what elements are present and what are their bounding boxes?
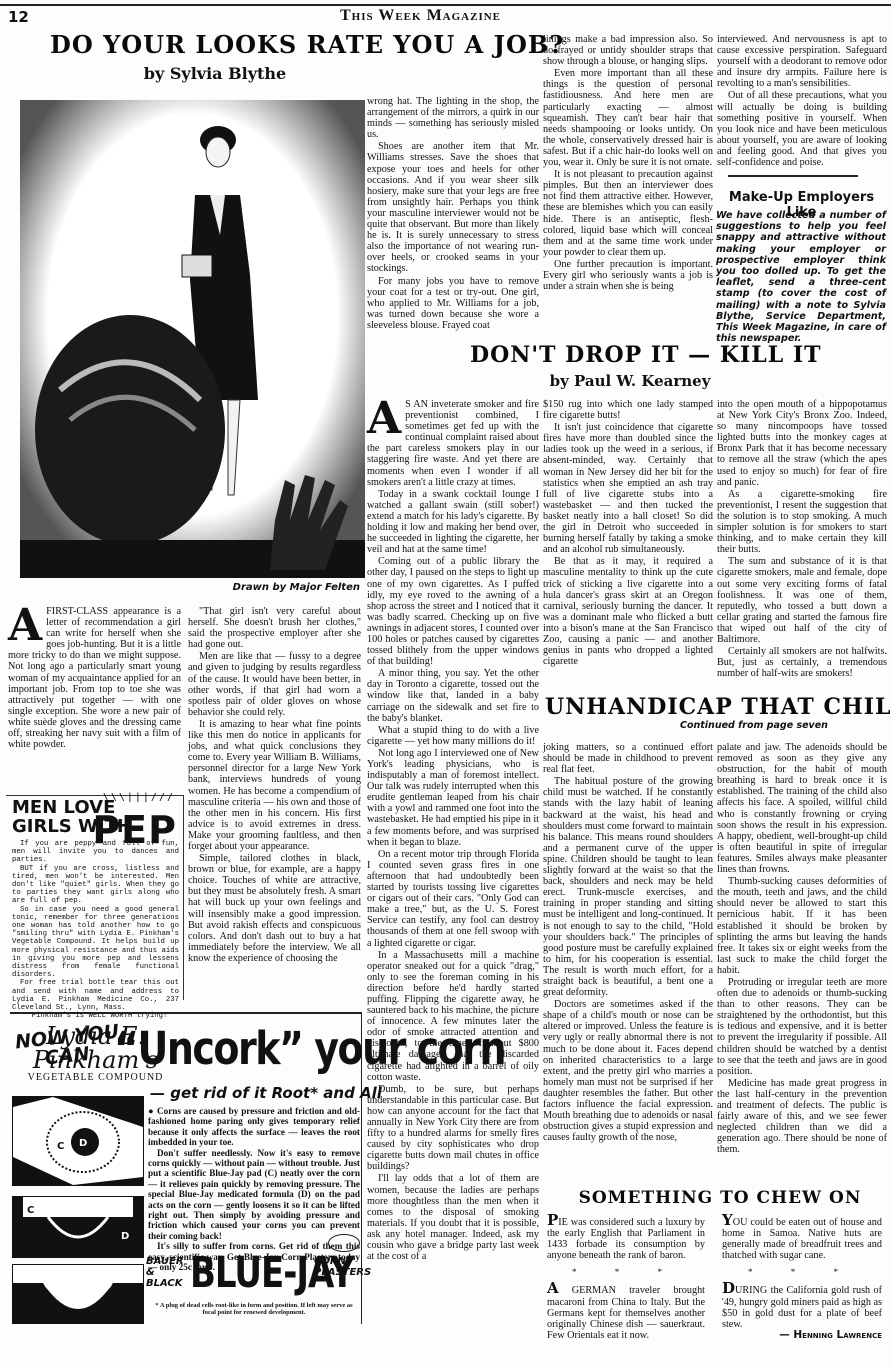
article2-column-1: AS AN inveterate smoker and fire prevent… [367, 399, 539, 1262]
ad-pinkham: \\\|||/// MEN LOVE GIRLS WITH PEP If you… [6, 795, 184, 1000]
article3-title: UNHANDICAP THAT CHILD! [545, 694, 885, 720]
svg-text:C: C [27, 1205, 34, 1216]
article2-column-2: $150 rug into which one lady stamped fir… [543, 399, 713, 667]
illustration-caption: Drawn by Major Felten [200, 582, 360, 593]
chew-item: PIE was considered such a luxury by the … [547, 1215, 705, 1261]
brand-logo: BAUER & BLACK BLUE-JAY CORN PLASTERS [146, 1252, 360, 1294]
article1-column-1: AFIRST-CLASS appearance is a letter of r… [8, 606, 181, 750]
article2-byline: by Paul W. Kearney [520, 372, 740, 390]
ad-subhead: — get rid of it Root* and All [150, 1084, 382, 1102]
ad-headline-pep: PEP [92, 808, 177, 852]
chew-item: YOU could be eaten out of house and home… [722, 1215, 882, 1261]
article1-column-5: interviewed. And nervousness is apt to c… [717, 34, 887, 168]
brand-maker: BAUER & BLACK [146, 1256, 188, 1289]
top-rule [0, 4, 891, 6]
article3-column-2: palate and jaw. The adenoids should be r… [717, 742, 887, 1155]
svg-text:D: D [79, 1138, 87, 1149]
brand-product: CORN PLASTERS [314, 1256, 360, 1278]
dropcap: A [367, 401, 401, 437]
article1-column-3: wrong hat. The lighting in the shop, the… [367, 96, 539, 331]
chew-item: DURING the California gold rush of '49, … [722, 1283, 882, 1329]
chew-item: A GERMAN traveler brought macaroni from … [547, 1283, 705, 1340]
illustration-woman-interview [20, 100, 365, 578]
article1-column-4: linings make a bad impression also. So d… [543, 34, 713, 292]
ad-headline-now-you-can: NOW YOU CAN [14, 1023, 122, 1072]
sidebar-divider [728, 175, 858, 177]
sidebar-body: We have collected a number of suggestion… [716, 210, 886, 344]
article1-title: DO YOUR LOOKS RATE YOU A JOB? [50, 30, 380, 59]
corn-diagram-middle: C D [12, 1196, 144, 1258]
article1-byline: by Sylvia Blythe [60, 64, 370, 83]
article4-title: SOMETHING TO CHEW ON [570, 1188, 870, 1208]
rays-decoration: \\\|||/// [103, 792, 175, 803]
ad-bluejay: NOW YOU CAN “Uncork” your corn D C C D —… [10, 1012, 362, 1324]
ad-footnote: * A plug of dead cells root-like in form… [148, 1302, 360, 1316]
svg-text:D: D [121, 1231, 129, 1242]
article2-title: DON'T DROP IT — KILL IT [470, 342, 790, 368]
article2-column-3: into the open mouth of a hippopotamus at… [717, 399, 887, 679]
article1-column-2: "That girl isn't very careful about hers… [188, 606, 361, 964]
continued-note: Continued from page seven [680, 720, 828, 731]
separator-stars: * * * [722, 1267, 882, 1278]
corn-diagram-bottom [12, 1264, 144, 1324]
chew-column-2: YOU could be eaten out of house and home… [722, 1215, 882, 1341]
svg-text:C: C [57, 1141, 64, 1152]
ad-body: If you are peppy and full of fun, men wi… [12, 840, 179, 1020]
chew-column-1: PIE was considered such a luxury by the … [547, 1215, 705, 1341]
corn-diagram-top: D C [12, 1096, 144, 1186]
separator-stars: * * * [547, 1267, 705, 1278]
ad-headline-uncork: “Uncork” your corn [114, 1022, 505, 1075]
magazine-title: This Week Magazine [340, 7, 501, 25]
article3-column-1: joking matters, so a continued effort sh… [543, 742, 713, 1143]
signoff: — Henning Lawrence [722, 1330, 882, 1341]
dropcap: A [8, 608, 42, 644]
page-number: 12 [8, 8, 29, 26]
